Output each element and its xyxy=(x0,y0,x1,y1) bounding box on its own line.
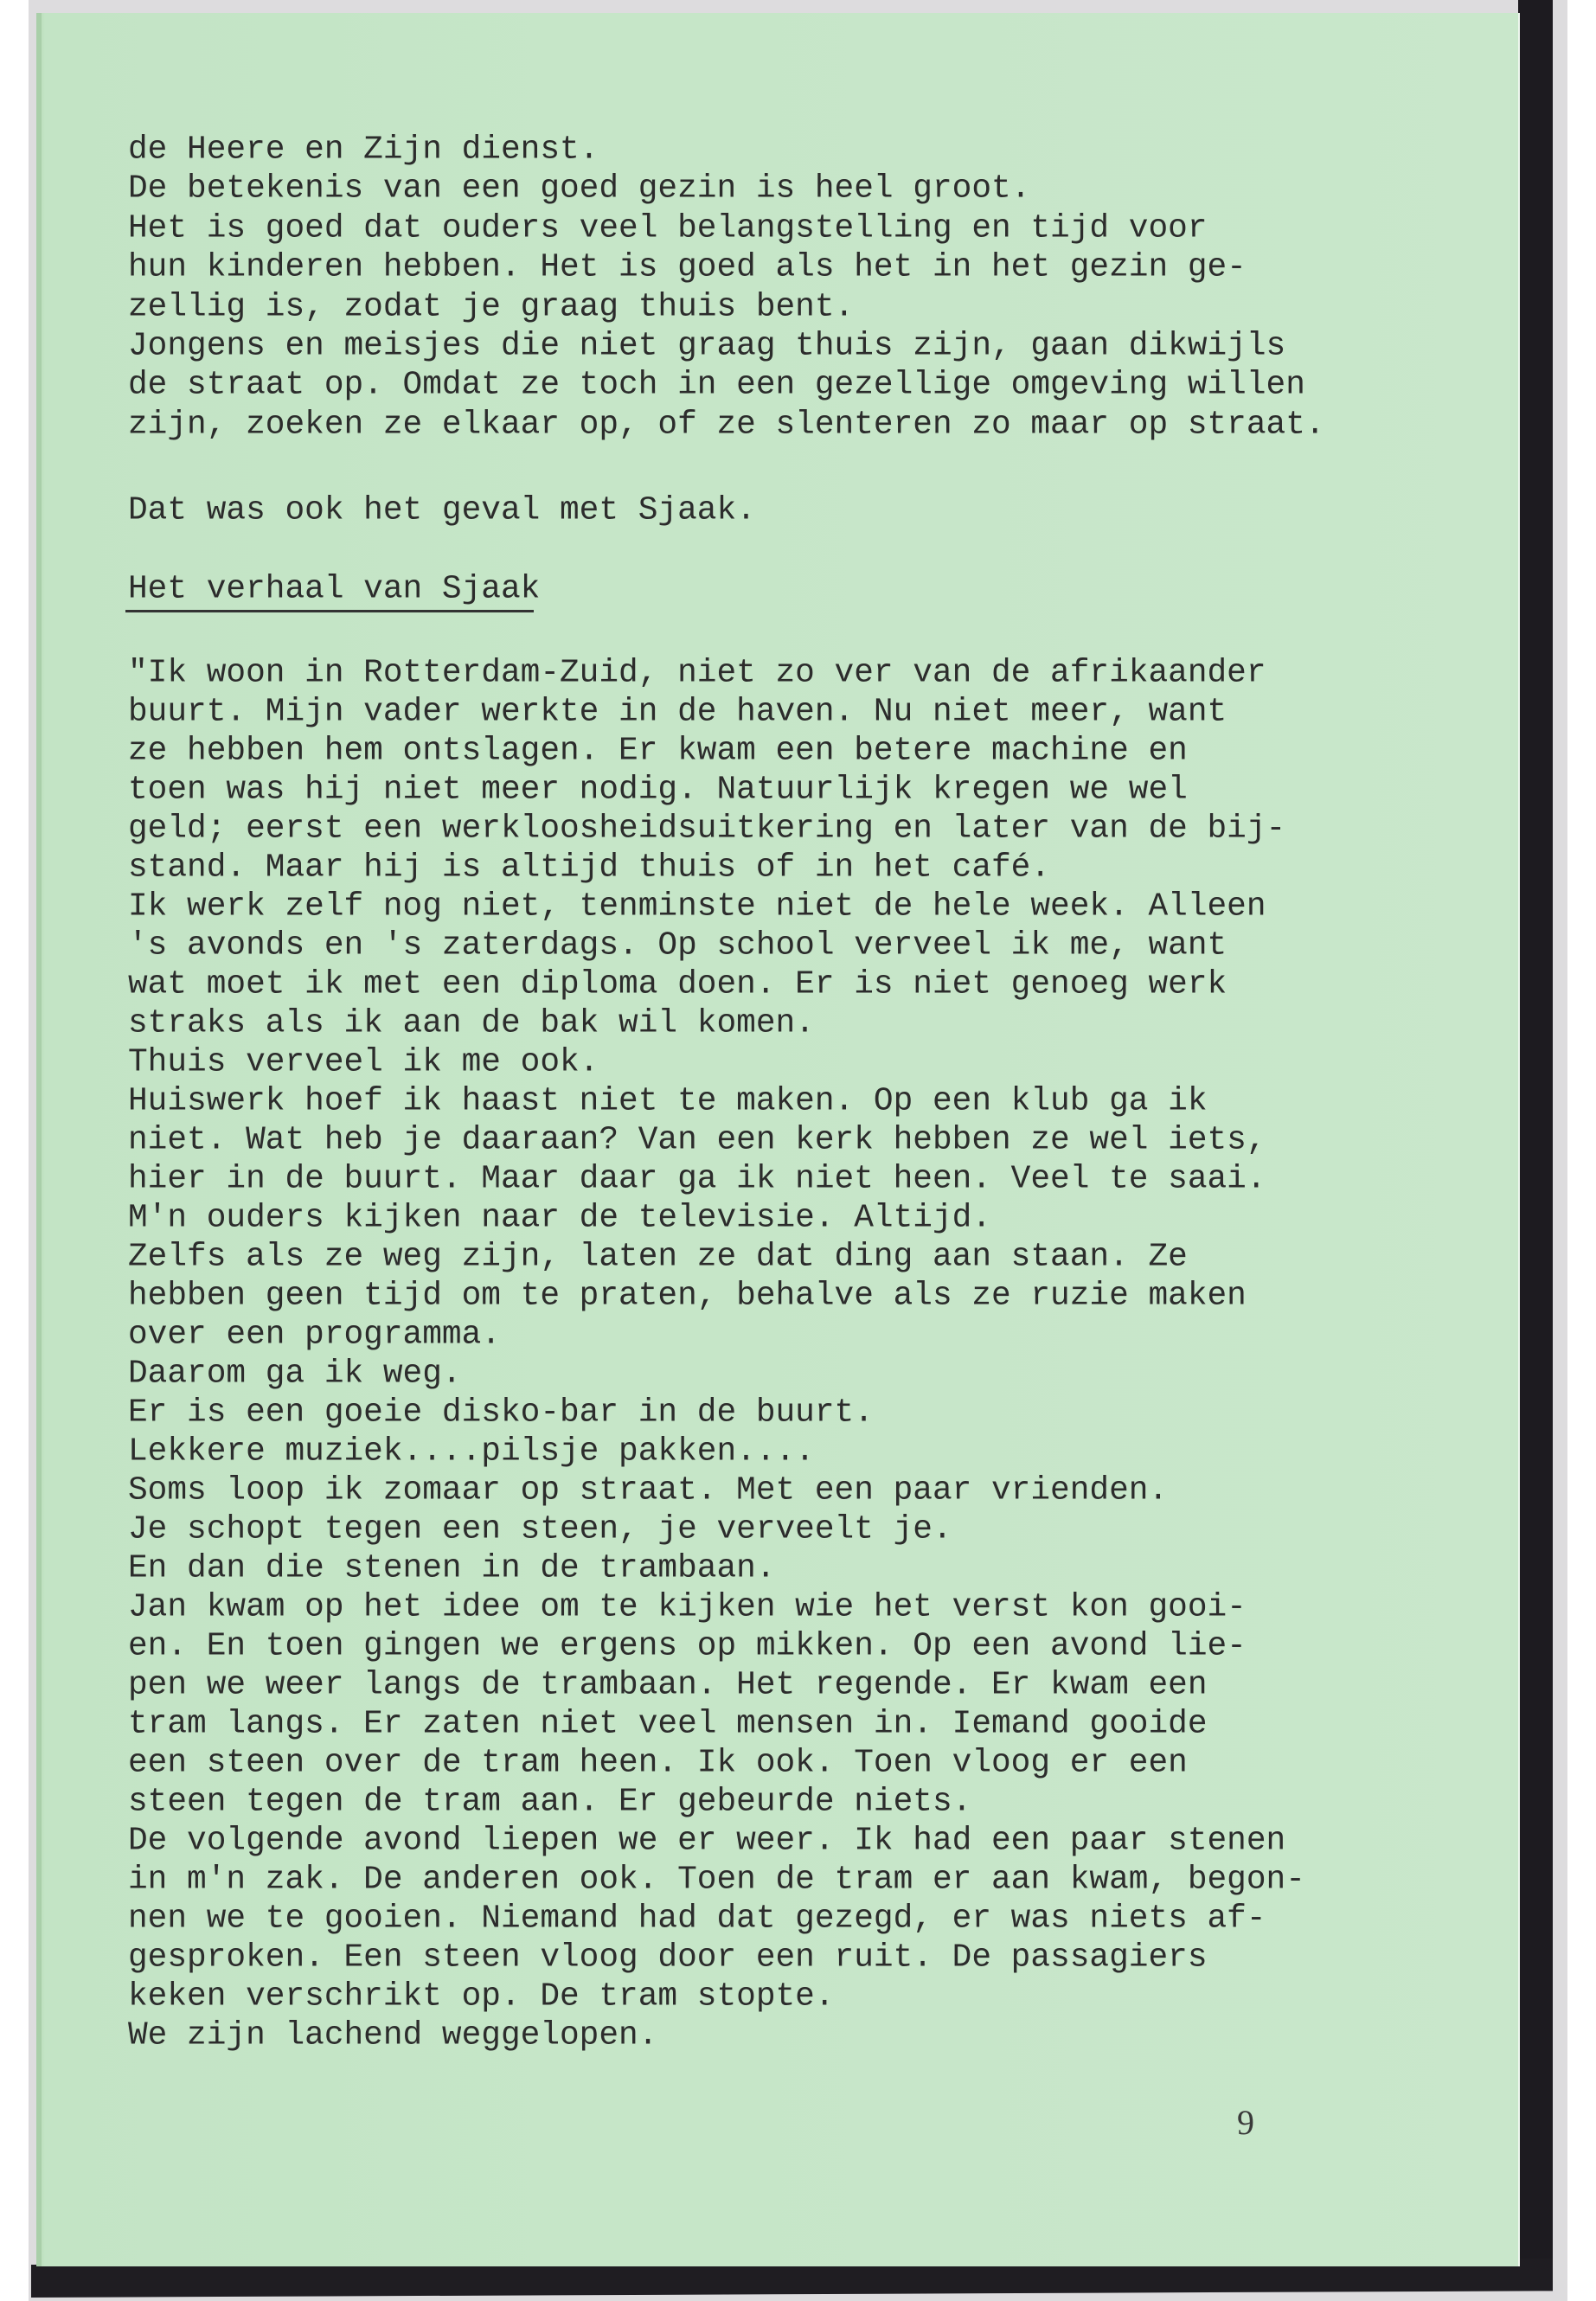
story-text-line: "Ik woon in Rotterdam-Zuid, niet zo ver … xyxy=(128,658,1266,691)
intro-text-line: de straat op. Omdat ze toch in een gezel… xyxy=(128,370,1305,403)
story-text-line: Lekkere muziek....pilsje pakken.... xyxy=(128,1437,815,1470)
story-text-line: Je schopt tegen een steen, je verveelt j… xyxy=(128,1515,952,1548)
story-text-line: Ik werk zelf nog niet, tenminste niet de… xyxy=(128,892,1266,925)
section-heading: Het verhaal van Sjaak xyxy=(128,574,540,607)
story-text-line: geld; eerst een werkloosheidsuitkering e… xyxy=(128,814,1285,847)
story-text-line: Huiswerk hoef ik haast niet te maken. Op… xyxy=(128,1086,1208,1119)
story-text-line: straks als ik aan de bak wil komen. xyxy=(128,1009,815,1042)
story-text-line: steen tegen de tram aan. Er gebeurde nie… xyxy=(128,1787,971,1820)
story-text-line: toen was hij niet meer nodig. Natuurlijk… xyxy=(128,775,1188,808)
story-text-line: M'n ouders kijken naar de televisie. Alt… xyxy=(128,1203,991,1236)
heading-underline xyxy=(125,610,534,612)
story-text-line: niet. Wat heb je daaraan? Van een kerk h… xyxy=(128,1125,1266,1158)
intro-text-line: Jongens en meisjes die niet graag thuis … xyxy=(128,331,1285,364)
story-text-line: in m'n zak. De anderen ook. Toen de tram… xyxy=(128,1865,1305,1898)
story-text-line: hebben geen tijd om te praten, behalve a… xyxy=(128,1281,1247,1314)
story-text-line: keken verschrikt op. De tram stopte. xyxy=(128,1982,835,2015)
intro-text-line: de Heere en Zijn dienst. xyxy=(128,135,599,168)
story-text-line: buurt. Mijn vader werkte in de haven. Nu… xyxy=(128,697,1227,730)
story-text-line: nen we te gooien. Niemand had dat gezegd… xyxy=(128,1904,1266,1937)
story-text-line: Er is een goeie disko-bar in de buurt. xyxy=(128,1398,874,1431)
story-text-line: wat moet ik met een diploma doen. Er is … xyxy=(128,970,1227,1003)
story-text-line: en. En toen gingen we ergens op mikken. … xyxy=(128,1631,1247,1664)
story-text-line: Zelfs als ze weg zijn, laten ze dat ding… xyxy=(128,1242,1188,1275)
story-text-line: ze hebben hem ontslagen. Er kwam een bet… xyxy=(128,736,1188,769)
page-edge-shadow-right xyxy=(1518,0,1553,2288)
intro-text-line: De betekenis van een goed gezin is heel … xyxy=(128,174,1030,207)
page-number: 9 xyxy=(1237,2102,1254,2143)
intro-text-line: Het is goed dat ouders veel belangstelli… xyxy=(128,213,1208,246)
story-text-line: We zijn lachend weggelopen. xyxy=(128,2021,657,2054)
story-text-line: De volgende avond liepen we er weer. Ik … xyxy=(128,1826,1285,1859)
story-text-line: stand. Maar hij is altijd thuis of in he… xyxy=(128,853,1050,886)
intro-text-line: hun kinderen hebben. Het is goed als het… xyxy=(128,253,1247,285)
story-text-line: Soms loop ik zomaar op straat. Met een p… xyxy=(128,1476,1168,1509)
story-text-line: Thuis verveel ik me ook. xyxy=(128,1048,599,1080)
story-text-line: 's avonds en 's zaterdags. Op school ver… xyxy=(128,931,1227,964)
transition-line: Dat was ook het geval met Sjaak. xyxy=(128,496,756,529)
story-text-line: En dan die stenen in de trambaan. xyxy=(128,1554,776,1586)
story-text-line: pen we weer langs de trambaan. Het regen… xyxy=(128,1670,1208,1703)
intro-text-line: zijn, zoeken ze elkaar op, of ze slenter… xyxy=(128,409,1325,442)
story-text-line: over een programma. xyxy=(128,1320,501,1353)
story-text-line: hier in de buurt. Maar daar ga ik niet h… xyxy=(128,1164,1266,1197)
story-text-line: een steen over de tram heen. Ik ook. Toe… xyxy=(128,1748,1188,1781)
story-text-line: gesproken. Een steen vloog door een ruit… xyxy=(128,1943,1208,1976)
story-text-line: tram langs. Er zaten niet veel mensen in… xyxy=(128,1709,1208,1742)
intro-text-line: zellig is, zodat je graag thuis bent. xyxy=(128,292,854,324)
story-text-line: Daarom ga ik weg. xyxy=(128,1359,462,1392)
story-text-line: Jan kwam op het idee om te kijken wie he… xyxy=(128,1593,1247,1625)
